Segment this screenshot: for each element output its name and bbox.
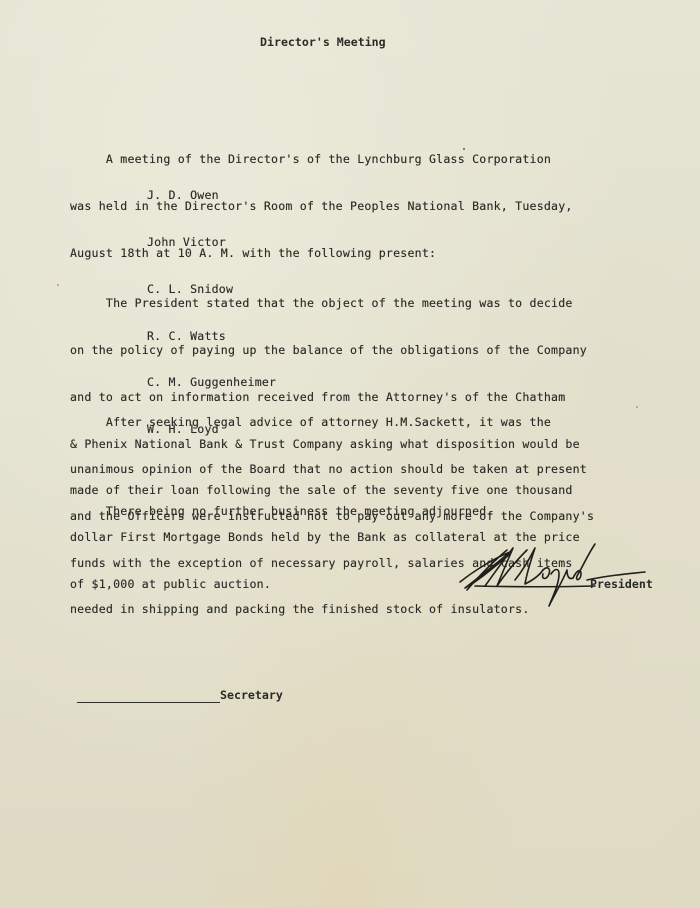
attendee-name: J. D. Owen — [147, 188, 276, 204]
paragraph-line: A meeting of the Director's of the Lynch… — [70, 152, 573, 168]
president-label: President — [590, 577, 653, 591]
secretary-signature-line — [77, 702, 220, 703]
paper-speck — [57, 284, 59, 286]
paragraph-line: After seeking legal advice of attorney H… — [70, 415, 594, 431]
attendee-name: John Victor — [147, 235, 276, 251]
paragraph-line: There being no further business the meet… — [70, 504, 494, 520]
paragraph-line: was held in the Director's Room of the P… — [70, 199, 573, 215]
paragraph-line: The President stated that the object of … — [70, 296, 587, 312]
secretary-label: Secretary — [220, 688, 283, 702]
paper-speck — [463, 148, 465, 150]
president-signature — [455, 540, 675, 610]
paragraph-line: on the policy of paying up the balance o… — [70, 343, 587, 359]
paragraph-line: August 18th at 10 A. M. with the followi… — [70, 246, 573, 262]
document-title: Director's Meeting — [260, 35, 386, 49]
paper-speck — [636, 406, 638, 408]
scanned-document-page: Director's Meeting A meeting of the Dire… — [0, 0, 700, 908]
paragraph-adjournment: There being no further business the meet… — [70, 473, 494, 551]
